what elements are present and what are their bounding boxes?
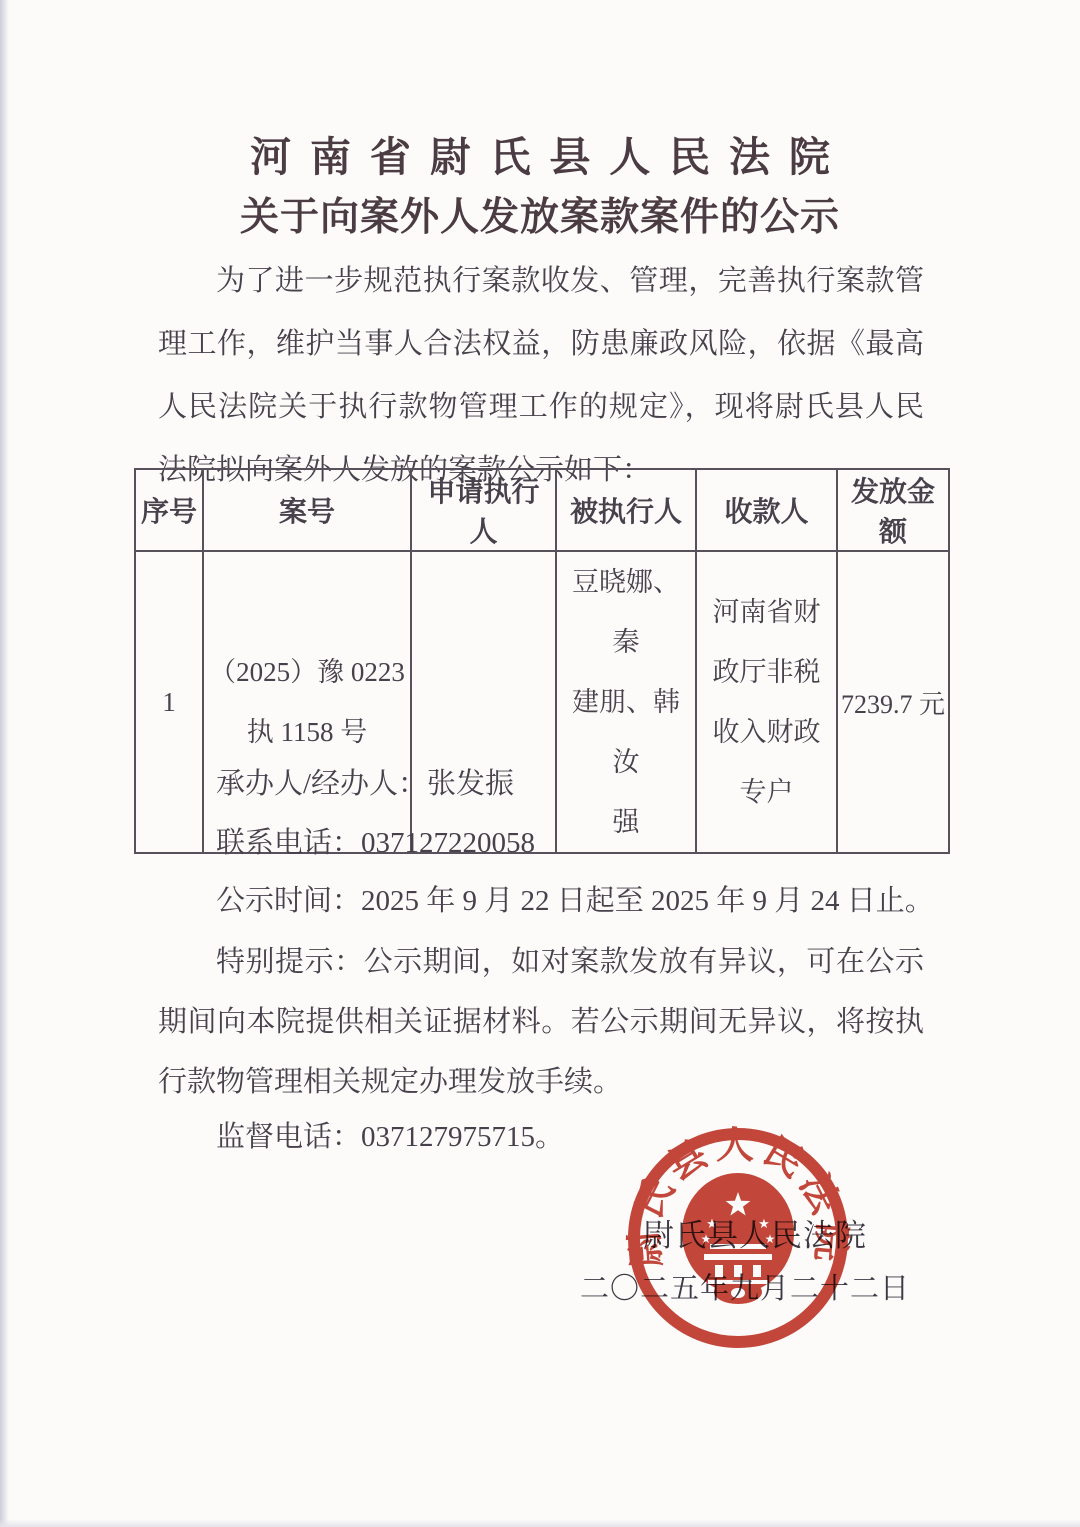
table-header-row: 序号 案号 申请执行人 被执行人 收款人 发放金额 (135, 469, 949, 551)
scan-bottom-shadow (0, 1519, 1080, 1527)
svg-text:★: ★ (765, 1232, 776, 1246)
cell-payee: 河南省财 政厅非税 收入财政 专户 (696, 551, 837, 853)
intro-line-3: 人民法院关于执行款物管理工作的规定》，现将尉氏县人民 (158, 376, 924, 439)
court-title: 河南省尉氏县人民法院 (0, 124, 1080, 183)
col-header-seq: 序号 (135, 469, 203, 551)
cell-applicant (411, 551, 556, 853)
official-seal: 尉氏县人民法院 ★ ★ ★ ★ (612, 1112, 864, 1364)
intro-line-2: 理工作，维护当事人合法权益，防患廉政风险，依据《最高 (158, 313, 924, 376)
svg-text:★: ★ (758, 1216, 770, 1231)
contact-phone-line: 联系电话：037127220058 (158, 820, 948, 861)
col-header-amount: 发放金额 (837, 469, 949, 551)
special-notice-paragraph: 特别提示：公示期间，如对案款发放有异议，可在公示 期间向本院提供相关证据材料。若… (158, 932, 924, 1112)
col-header-payee: 收款人 (696, 469, 837, 551)
handler-line: 承办人/经办人：张发振 (158, 761, 948, 802)
intro-paragraph: 为了进一步规范执行案款收发、管理，完善执行案款管 理工作，维护当事人合法权益，防… (158, 250, 924, 502)
national-emblem-icon: ★ ★ ★ ★ (682, 1173, 794, 1304)
notice-line-3: 行款物管理相关规定办理发放手续。 (158, 1052, 924, 1112)
svg-text:★: ★ (701, 1232, 712, 1246)
cell-case-number: （2025）豫 0223 执 1158 号 (203, 551, 411, 853)
notice-title: 关于向案外人发放案款案件的公示 (0, 186, 1080, 242)
col-header-respondent: 被执行人 (556, 469, 696, 551)
col-header-case-number: 案号 (203, 469, 411, 551)
document-page: 河南省尉氏县人民法院 关于向案外人发放案款案件的公示 为了进一步规范执行案款收发… (0, 0, 1080, 1527)
svg-text:★: ★ (706, 1216, 718, 1231)
table-row: 1 （2025）豫 0223 执 1158 号 豆晓娜、秦 建朋、韩汝 强 河南… (135, 551, 949, 853)
cell-amount: 7239.7 元 (837, 551, 949, 853)
notice-line-1: 特别提示：公示期间，如对案款发放有异议，可在公示 (158, 932, 924, 992)
cell-respondent: 豆晓娜、秦 建朋、韩汝 强 (556, 551, 696, 853)
official-seal-svg: 尉氏县人民法院 ★ ★ ★ ★ (612, 1112, 864, 1364)
notice-line-2: 期间向本院提供相关证据材料。若公示期间无异议，将按执 (158, 992, 924, 1052)
intro-line-1: 为了进一步规范执行案款收发、管理，完善执行案款管 (158, 250, 924, 313)
col-header-applicant: 申请执行人 (411, 469, 556, 551)
publicity-period-line: 公示时间：2025 年 9 月 22 日起至 2025 年 9 月 24 日止。 (158, 878, 948, 919)
cell-seq: 1 (135, 551, 203, 853)
